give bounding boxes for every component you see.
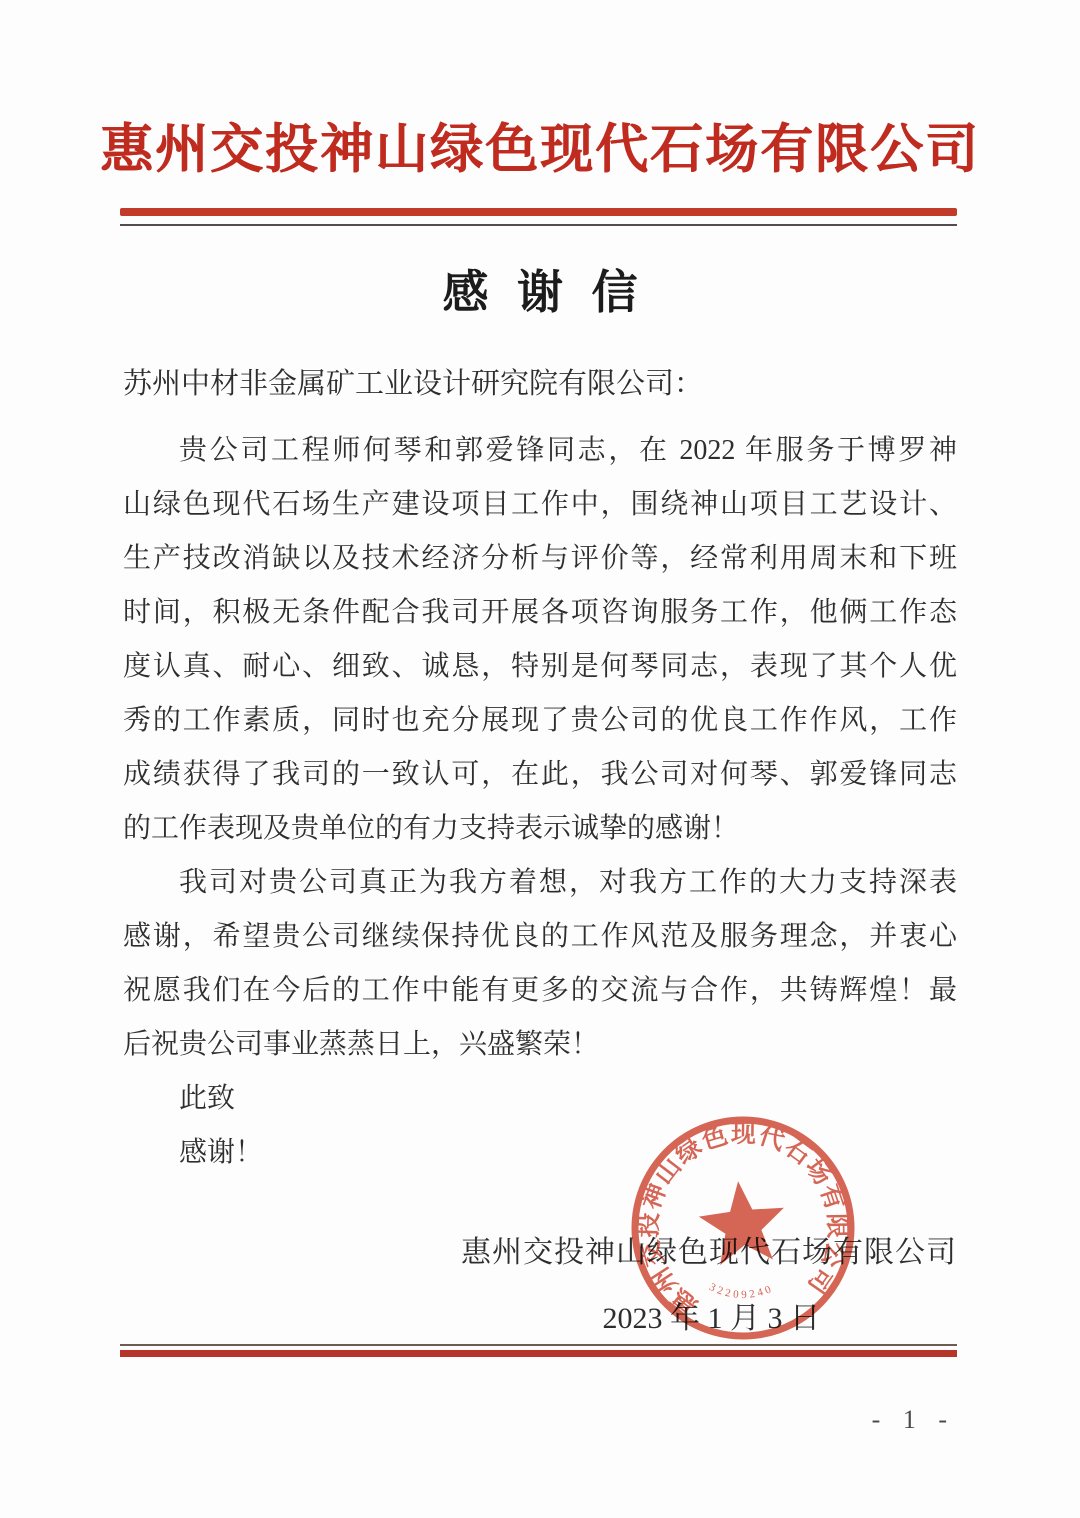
paragraph-1-line: 时间，积极无条件配合我司开展各项咨询服务工作，他俩工作态 — [123, 586, 957, 640]
letterhead-company-name: 惠州交投神山绿色现代石场有限公司 — [60, 118, 1020, 182]
paragraph-2-line: 祝愿我们在今后的工作中能有更多的交流与合作，共铸辉煌！最 — [123, 964, 957, 1018]
signature-company-name: 惠州交投神山绿色现代石场有限公司 — [0, 1226, 957, 1280]
paragraph-1-line: 成绩获得了我司的一致认可，在此，我公司对何琴、郭爱锋同志 — [123, 748, 957, 802]
page-number: - 1 - — [872, 1405, 955, 1435]
letter-date: 2023 年 1 月 3 日 — [0, 1294, 820, 1344]
footer-divider-thin-line — [120, 1344, 957, 1346]
paragraph-2-line: 后祝贵公司事业蒸蒸日上，兴盛繁荣！ — [123, 1018, 957, 1072]
letter-page: 惠州交投神山绿色现代石场有限公司 感谢信 苏州中材非金属矿工业设计研究院有限公司… — [0, 0, 1080, 1518]
closing-respectfully: 此致 — [123, 1072, 957, 1126]
paragraph-1-line: 度认真、耐心、细致、诚恳，特别是何琴同志，表现了其个人优 — [123, 640, 957, 694]
footer-divider — [120, 1344, 957, 1357]
letter-title: 感谢信 — [0, 264, 1080, 322]
paragraph-1-line: 生产技改消缺以及技术经济分析与评价等，经常利用周末和下班 — [123, 532, 957, 586]
paragraph-1-line: 秀的工作素质，同时也充分展现了贵公司的优良工作作风，工作 — [123, 694, 957, 748]
closing-thanks: 感谢！ — [123, 1126, 957, 1180]
salutation: 苏州中材非金属矿工业设计研究院有限公司： — [123, 357, 957, 411]
letterhead-divider-thin-line — [120, 224, 957, 226]
paragraph-1-line: 贵公司工程师何琴和郭爱锋同志，在 2022 年服务于博罗神 — [123, 424, 957, 478]
paragraph-1-line: 的工作表现及贵单位的有力支持表示诚挚的感谢！ — [123, 802, 957, 856]
footer-divider-thick-line — [120, 1350, 957, 1357]
paragraph-2-line: 我司对贵公司真正为我方着想，对我方工作的大力支持深表 — [123, 856, 957, 910]
paragraph-2-line: 感谢，希望贵公司继续保持优良的工作风范及服务理念，并衷心 — [123, 910, 957, 964]
letter-body: 苏州中材非金属矿工业设计研究院有限公司： 贵公司工程师何琴和郭爱锋同志，在 20… — [123, 357, 957, 1180]
letterhead-divider-thick-line — [120, 208, 957, 216]
paragraph-1-line: 山绿色现代石场生产建设项目工作中，围绕神山项目工艺设计、 — [123, 478, 957, 532]
letterhead-divider — [120, 208, 957, 226]
